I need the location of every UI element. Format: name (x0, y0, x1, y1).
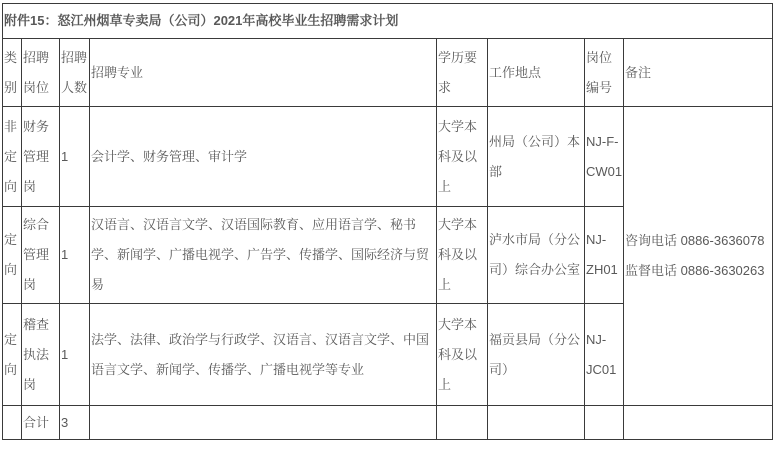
cell-position: 财务管理岗 (22, 107, 60, 207)
cell-count: 1 (60, 304, 90, 406)
cell-education: 大学本科及以上 (437, 207, 488, 304)
cell-total-count: 3 (60, 406, 90, 440)
header-count: 招聘人数 (60, 39, 90, 107)
header-majors: 招聘专业 (90, 39, 437, 107)
header-category: 类别 (3, 39, 22, 107)
document-page: 附件15：怒江州烟草专卖局（公司）2021年高校毕业生招聘需求计划 类别 招聘岗… (2, 3, 772, 440)
cell-count: 1 (60, 107, 90, 207)
header-position: 招聘岗位 (22, 39, 60, 107)
remark-line-supervise: 监督电话 0886-3630263 (625, 256, 771, 286)
cell-category: 定向 (3, 207, 22, 304)
remark-line-consult: 咨询电话 0886-3636078 (625, 226, 771, 256)
cell-education: 大学本科及以上 (437, 304, 488, 406)
cell-code: NJ-JC01 (585, 304, 624, 406)
cell-code: NJ-F-CW01 (585, 107, 624, 207)
cell-code: NJ-ZH01 (585, 207, 624, 304)
cell-majors: 法学、法律、政治学与行政学、汉语言、汉语言文学、中国语言文学、新闻学、传播学、广… (90, 304, 437, 406)
cell-total-education-empty (437, 406, 488, 440)
cell-total-category-empty (3, 406, 22, 440)
cell-total-label: 合计 (22, 406, 60, 440)
cell-location: 州局（公司）本部 (488, 107, 585, 207)
cell-remark-merged: 咨询电话 0886-3636078 监督电话 0886-3630263 (624, 107, 773, 406)
cell-position: 综合管理岗 (22, 207, 60, 304)
cell-position: 稽查执法岗 (22, 304, 60, 406)
cell-majors: 汉语言、汉语言文学、汉语国际教育、应用语言学、秘书学、新闻学、广播电视学、广告学… (90, 207, 437, 304)
header-row: 类别 招聘岗位 招聘人数 招聘专业 学历要求 工作地点 岗位编号 备注 (3, 39, 773, 107)
page-title: 附件15：怒江州烟草专卖局（公司）2021年高校毕业生招聘需求计划 (3, 4, 773, 39)
header-remark: 备注 (624, 39, 773, 107)
cell-location: 泸水市局（分公司）综合办公室 (488, 207, 585, 304)
cell-total-code-empty (585, 406, 624, 440)
header-location: 工作地点 (488, 39, 585, 107)
cell-location: 福贡县局（分公司） (488, 304, 585, 406)
cell-total-majors-empty (90, 406, 437, 440)
cell-count: 1 (60, 207, 90, 304)
cell-majors: 会计学、财务管理、审计学 (90, 107, 437, 207)
cell-category: 定向 (3, 304, 22, 406)
header-education: 学历要求 (437, 39, 488, 107)
table-row: 非定向 财务管理岗 1 会计学、财务管理、审计学 大学本科及以上 州局（公司）本… (3, 107, 773, 207)
cell-education: 大学本科及以上 (437, 107, 488, 207)
title-row: 附件15：怒江州烟草专卖局（公司）2021年高校毕业生招聘需求计划 (3, 4, 773, 39)
recruitment-table: 附件15：怒江州烟草专卖局（公司）2021年高校毕业生招聘需求计划 类别 招聘岗… (2, 3, 773, 440)
header-code: 岗位编号 (585, 39, 624, 107)
cell-total-location-empty (488, 406, 585, 440)
total-row: 合计 3 (3, 406, 773, 440)
cell-category: 非定向 (3, 107, 22, 207)
cell-total-remark-empty (624, 406, 773, 440)
